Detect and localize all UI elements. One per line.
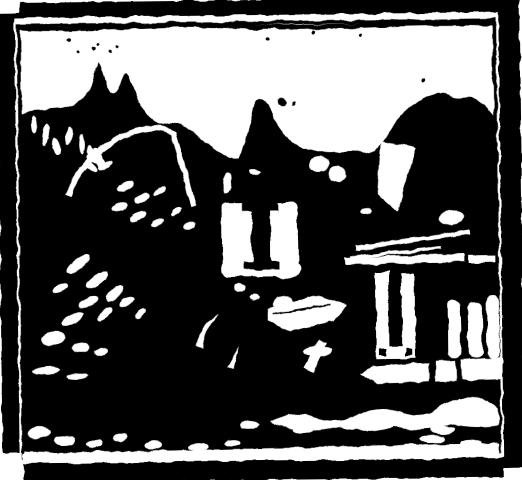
entablature-highlight-right <box>468 255 496 262</box>
frame-corner-notch-bottom-left <box>3 453 23 480</box>
side-column-3 <box>487 296 500 358</box>
frame-corner-notch-top-left <box>0 3 19 13</box>
woodcut-initial-illustration: I <box>0 0 522 480</box>
frame-corner-notch-bottom-right <box>505 468 522 477</box>
scanned-book-illustration: I <box>0 0 522 480</box>
side-column-1 <box>448 300 462 358</box>
initial-letter: I <box>240 185 282 289</box>
side-column-2 <box>468 302 483 357</box>
